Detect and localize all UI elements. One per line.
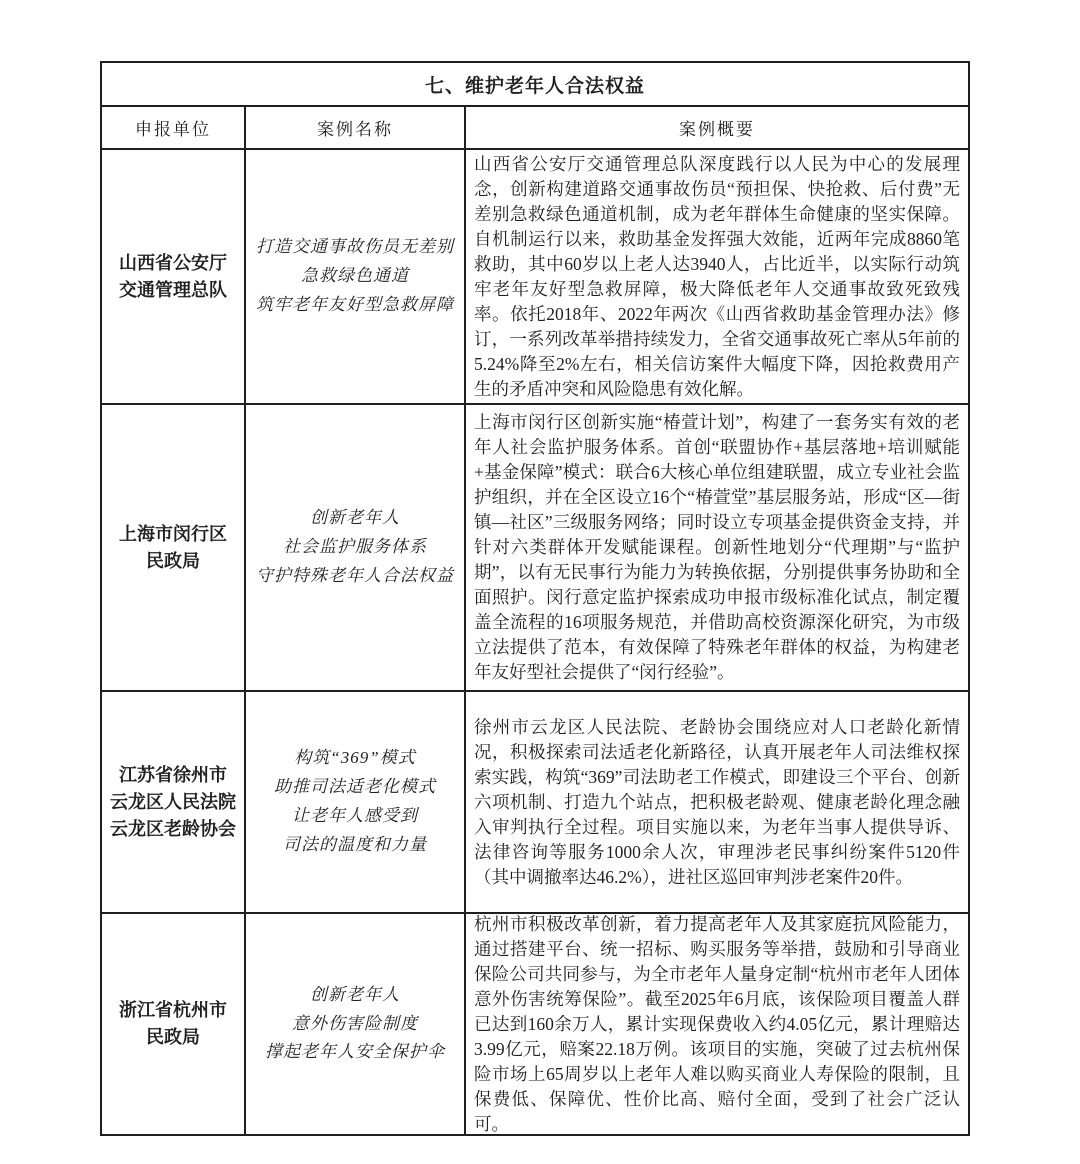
section-title: 七、维护老年人合法权益 (425, 71, 645, 98)
unit-cell: 浙江省杭州市 民政局 (102, 914, 244, 1134)
table-row: 浙江省杭州市 民政局 创新老年人 意外伤害险制度 撑起老年人安全保护伞 杭州市积… (102, 912, 968, 1134)
case-summary-cell: 上海市闵行区创新实施“椿萱计划”，构建了一套务实有效的老年人社会监护服务体系。首… (464, 405, 968, 690)
column-header-unit: 申报单位 (102, 107, 244, 148)
case-summary-text: 山西省公安厅交通管理总队深度践行以人民为中心的发展理念，创新构建道路交通事故伤员… (474, 152, 960, 402)
unit-cell: 上海市闵行区 民政局 (102, 405, 244, 690)
table-row: 上海市闵行区 民政局 创新老年人 社会监护服务体系 守护特殊老年人合法权益 上海… (102, 403, 968, 690)
unit-cell: 山西省公安厅 交通管理总队 (102, 150, 244, 403)
case-summary-cell: 山西省公安厅交通管理总队深度践行以人民为中心的发展理念，创新构建道路交通事故伤员… (464, 150, 968, 403)
case-summary-text: 上海市闵行区创新实施“椿萱计划”，构建了一套务实有效的老年人社会监护服务体系。首… (474, 410, 960, 685)
table-row: 山西省公安厅 交通管理总队 打造交通事故伤员无差别 急救绿色通道 筑牢老年友好型… (102, 148, 968, 403)
case-summary-cell: 杭州市积极改革创新，着力提高老年人及其家庭抗风险能力，通过搭建平台、统一招标、购… (464, 914, 968, 1134)
document-page: { "table": { "title": "七、维护老年人合法权益", "co… (0, 0, 1080, 1164)
case-summary-cell: 徐州市云龙区人民法院、老龄协会围绕应对人口老龄化新情况，积极探索司法适老化新路径… (464, 692, 968, 912)
case-name-cell: 构筑“369”模式 助推司法适老化模式 让老年人感受到 司法的温度和力量 (244, 692, 464, 912)
column-header-case-summary: 案例概要 (464, 107, 968, 148)
case-summary-text: 杭州市积极改革创新，着力提高老年人及其家庭抗风险能力，通过搭建平台、统一招标、购… (474, 914, 960, 1134)
cases-table: 七、维护老年人合法权益 申报单位 案例名称 案例概要 山西省公安厅 交通管理总队… (100, 61, 970, 1136)
table-row: 江苏省徐州市 云龙区人民法院 云龙区老龄协会 构筑“369”模式 助推司法适老化… (102, 690, 968, 912)
column-header-case-name: 案例名称 (244, 107, 464, 148)
case-summary-text: 徐州市云龙区人民法院、老龄协会围绕应对人口老龄化新情况，积极探索司法适老化新路径… (474, 715, 960, 890)
unit-cell: 江苏省徐州市 云龙区人民法院 云龙区老龄协会 (102, 692, 244, 912)
table-header-row: 申报单位 案例名称 案例概要 (102, 105, 968, 148)
case-name-cell: 创新老年人 意外伤害险制度 撑起老年人安全保护伞 (244, 914, 464, 1134)
table-title-row: 七、维护老年人合法权益 (102, 63, 968, 105)
case-name-cell: 创新老年人 社会监护服务体系 守护特殊老年人合法权益 (244, 405, 464, 690)
case-name-cell: 打造交通事故伤员无差别 急救绿色通道 筑牢老年友好型急救屏障 (244, 150, 464, 403)
